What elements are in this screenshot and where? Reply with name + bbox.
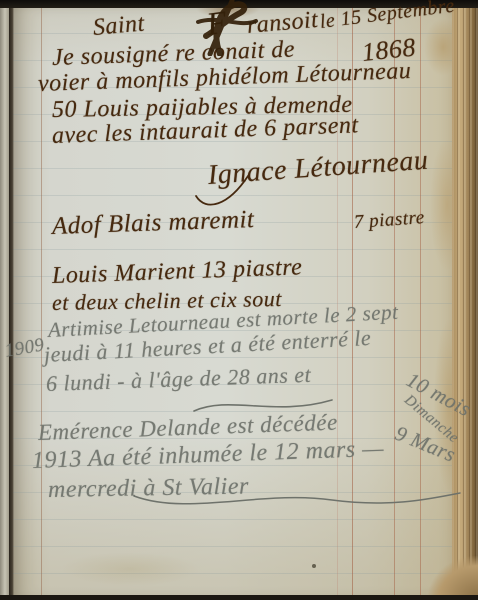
right-column-line-4 <box>420 7 421 597</box>
curled-page-corner <box>428 556 478 600</box>
previous-page-edge <box>0 0 9 600</box>
book-bottom-edge <box>0 595 478 600</box>
pencil-1913-line-3: mercredi à St Valier <box>48 473 249 504</box>
notebook-photograph: Saint F ransoit le 15 Septembre 1868 Je … <box>0 0 478 600</box>
binding-gutter-shadow <box>9 0 14 600</box>
header-place-word: Saint <box>92 11 146 42</box>
stacked-page-edges <box>452 0 478 600</box>
